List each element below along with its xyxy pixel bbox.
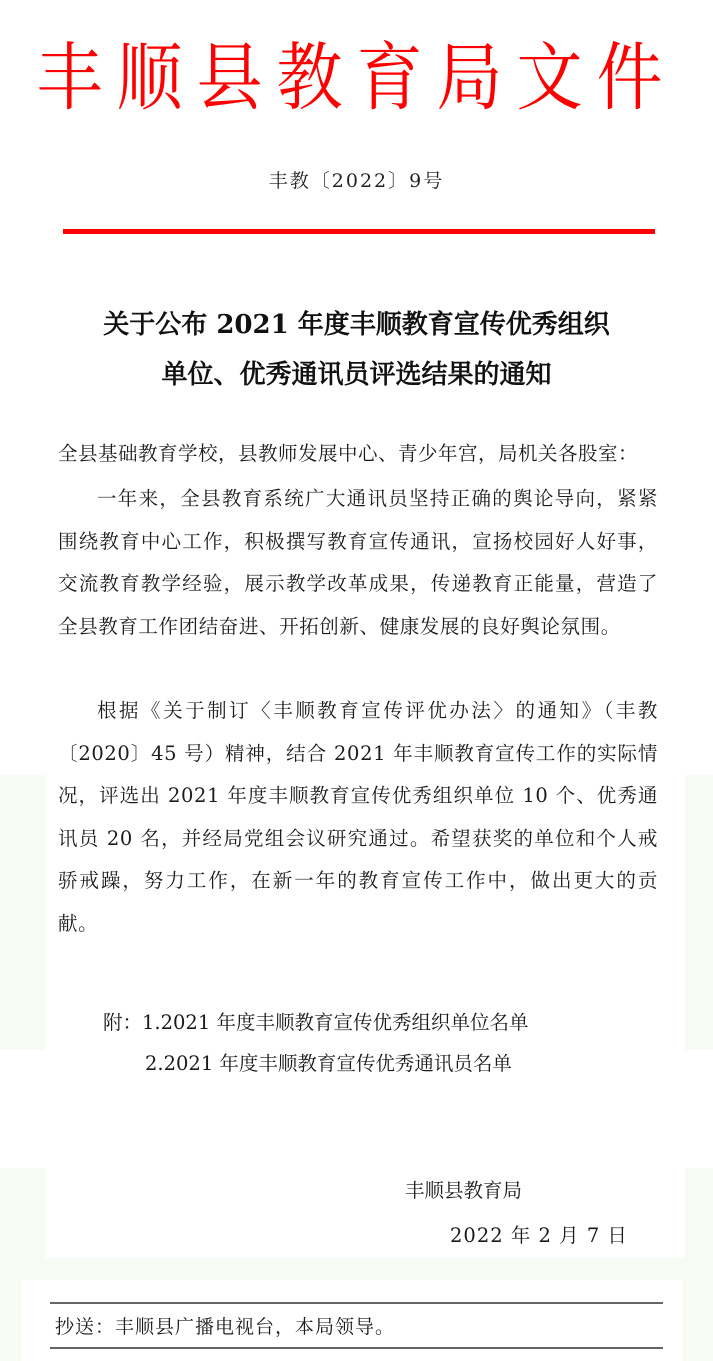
document-page: 丰顺县教育局文件 丰教〔2022〕9号 关于公布 2021 年度丰顺教育宣传优秀…	[0, 0, 713, 1361]
body-paragraph-2: 根据《关于制订〈丰顺教育宣传评优办法〉的通知》（丰教〔2020〕45 号）精神，…	[58, 690, 658, 945]
attachment-label: 附：	[103, 1011, 142, 1034]
paragraph: 一年来，全县教育系统广大通讯员坚持正确的舆论导向，紧紧围绕教育中心工作，积极撰写…	[58, 478, 658, 648]
salutation: 全县基础教育学校，县教师发展中心、青少年宫，局机关各股室：	[58, 438, 638, 466]
attachments: 附：1.2021 年度丰顺教育宣传优秀组织单位名单 2.2021 年度丰顺教育宣…	[103, 1002, 528, 1084]
body-paragraph-1: 一年来，全县教育系统广大通讯员坚持正确的舆论导向，紧紧围绕教育中心工作，积极撰写…	[58, 478, 658, 648]
attachment-item: 1.2021 年度丰顺教育宣传优秀组织单位名单	[142, 1011, 528, 1034]
paragraph: 根据《关于制订〈丰顺教育宣传评优办法〉的通知》（丰教〔2020〕45 号）精神，…	[58, 690, 658, 945]
document-number: 丰教〔2022〕9号	[0, 166, 713, 193]
issue-date: 2022 年 2 月 7 日	[450, 1220, 628, 1248]
cc-bottom-rule	[50, 1347, 663, 1349]
cc-top-rule	[50, 1302, 663, 1304]
attachment-row-1: 附：1.2021 年度丰顺教育宣传优秀组织单位名单	[103, 1002, 528, 1043]
notice-title: 关于公布 2021 年度丰顺教育宣传优秀组织 单位、优秀通讯员评选结果的通知	[0, 300, 713, 400]
title-line-2: 单位、优秀通讯员评选结果的通知	[0, 350, 713, 400]
cc-list: 抄送：丰顺县广播电视台，本局领导。	[55, 1312, 395, 1339]
masthead-title: 丰顺县教育局文件	[0, 30, 713, 126]
red-divider	[63, 229, 655, 234]
title-line-1: 关于公布 2021 年度丰顺教育宣传优秀组织	[0, 300, 713, 350]
attachment-item: 2.2021 年度丰顺教育宣传优秀通讯员名单	[145, 1052, 512, 1075]
issuer-signature: 丰顺县教育局	[405, 1175, 522, 1203]
attachment-row-2: 2.2021 年度丰顺教育宣传优秀通讯员名单	[103, 1043, 528, 1084]
